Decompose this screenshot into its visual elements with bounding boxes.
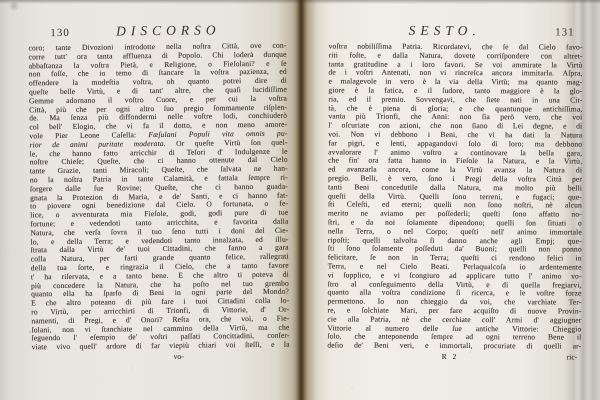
right-page-header: SESTO. 131 <box>329 22 583 39</box>
right-catchword: ric- <box>567 352 578 361</box>
left-page-text: 130 DISCORSO coro; tante Divozioni intro… <box>28 22 290 364</box>
book-gutter-shadow <box>296 0 312 400</box>
right-running-title: SESTO. <box>359 23 531 40</box>
left-page-body: coro; tante Divozioni introdotte nella n… <box>28 42 289 353</box>
right-page-number: 131 <box>531 26 583 38</box>
text-segment: vole Pier Leone Caſella: <box>29 130 148 140</box>
right-page-body: voſtra nobiliſſima Patria. Ricordatevi, … <box>327 42 582 351</box>
right-page-foot: R 2 ric- <box>327 351 581 362</box>
scan-top-edge-shadow <box>0 0 600 4</box>
italic-text-segment: rior de animi puritate moderata. <box>29 139 176 150</box>
right-page-text: SESTO. 131 voſtra nobiliſſima Patria. Ri… <box>327 22 582 362</box>
left-running-title: DISCORSO <box>80 22 256 40</box>
text-segment: Or queſte Virtù ſon quel- <box>176 138 287 147</box>
book-scan: 130 DISCORSO coro; tante Divozioni intro… <box>0 0 600 400</box>
text-line: deſio de' Beni veri, e immortali, procur… <box>327 342 581 352</box>
left-page-number: 130 <box>28 27 80 40</box>
left-catchword: vo- <box>174 352 184 361</box>
gathering-signature: R 2 <box>442 352 459 361</box>
left-page-header: 130 DISCORSO <box>28 22 286 41</box>
